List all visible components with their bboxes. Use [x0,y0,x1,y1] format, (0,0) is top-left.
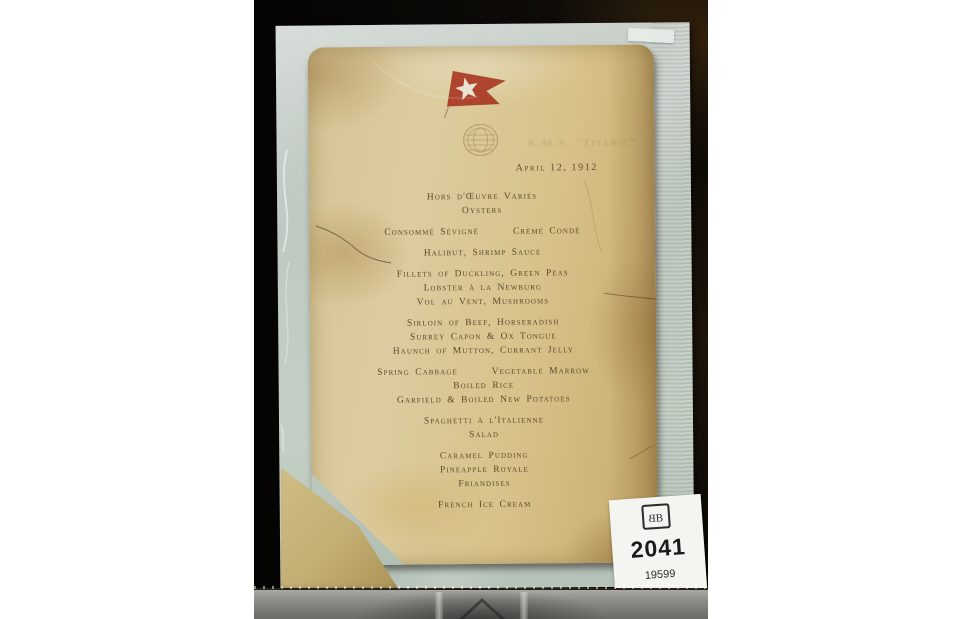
dust-speckle-line [254,586,708,589]
lot-number: 2041 [611,532,705,565]
menu-date: April 12, 1912 [477,162,637,174]
menu-card: R.M.S. “Titanic” April 12, 1912 Hors d'Œ… [308,45,659,566]
left-white-bar [0,0,254,619]
menu-item: Crème Condé [513,224,581,239]
display-case-backdrop: R.M.S. “Titanic” April 12, 1912 Hors d'Œ… [254,0,708,619]
menu-item: Vegetable Marrow [492,364,590,379]
menu-lines: Hors d'Œuvre VariésOystersConsommé Sévig… [309,188,658,513]
menu-item: Spring Cabbage [377,365,458,380]
bb-monogram-icon: B B [641,503,671,530]
photograph-of-titanic-menu: R.M.S. “Titanic” April 12, 1912 Hors d'Œ… [0,0,959,619]
right-white-bar [705,0,959,619]
tape-strip [628,28,675,43]
faded-ship-name: R.M.S. “Titanic” [497,136,669,150]
menu-item: Consommé Sévigné [384,225,479,240]
inventory-number: 19599 [614,566,707,584]
svg-text:B: B [655,512,663,524]
white-star-line-burgee-icon [440,60,513,121]
acrylic-stand-frame-icon [422,590,542,619]
display-base [254,588,708,619]
auction-label: B B 2041 19599 [609,494,707,595]
